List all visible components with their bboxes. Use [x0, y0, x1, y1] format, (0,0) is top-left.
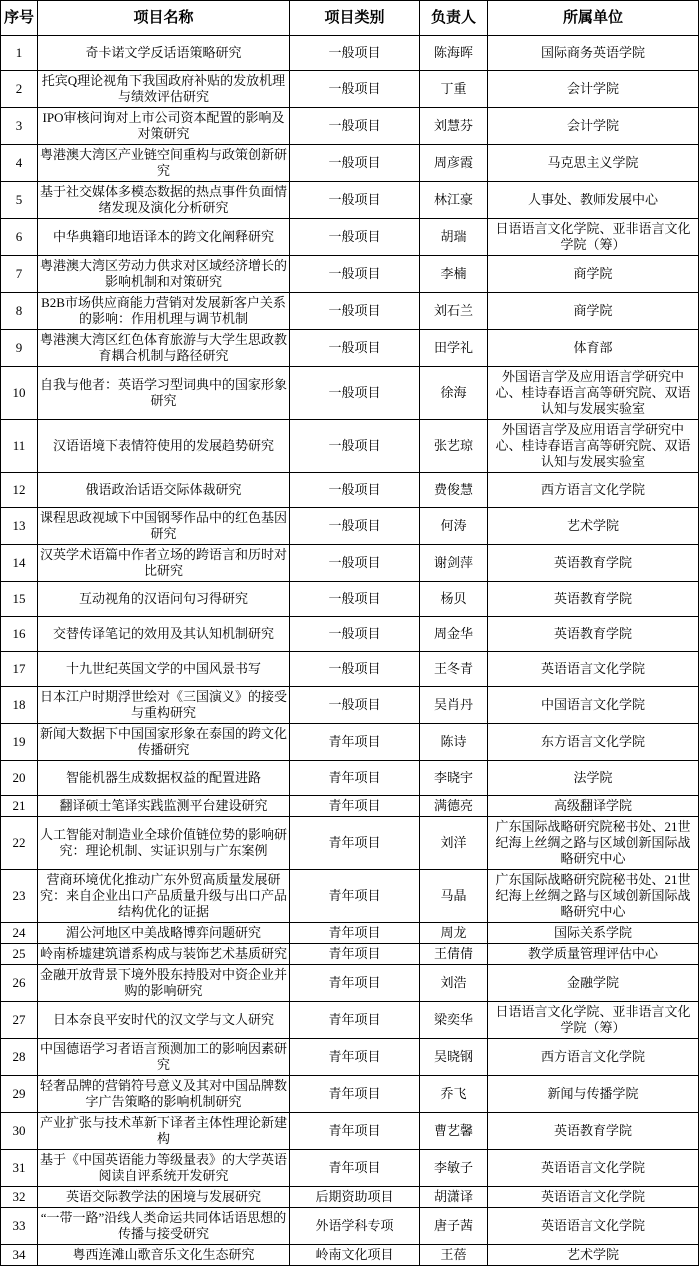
- project-title-cell: 营商环境优化推动广东外贸高质量发展研究：来自企业出口产品质量升级与出口产品结构优…: [38, 870, 290, 923]
- header-cell-unit: 所属单位: [488, 1, 699, 36]
- project-title-cell: 粤港澳大湾区红色体育旅游与大学生思政教育耦合机制与路径研究: [38, 330, 290, 367]
- leader-cell: 梁奕华: [420, 1002, 488, 1039]
- row-number-cell: 11: [1, 420, 38, 473]
- leader-cell: 刘洋: [420, 817, 488, 870]
- row-number-cell: 23: [1, 870, 38, 923]
- leader-cell: 陈海晖: [420, 36, 488, 71]
- leader-cell: 乔飞: [420, 1076, 488, 1113]
- row-number-cell: 4: [1, 145, 38, 182]
- header-cell-no: 序号: [1, 1, 38, 36]
- row-number-cell: 9: [1, 330, 38, 367]
- leader-cell: 杨贝: [420, 582, 488, 617]
- leader-cell: 刘浩: [420, 965, 488, 1002]
- table-row: 9粤港澳大湾区红色体育旅游与大学生思政教育耦合机制与路径研究一般项目田学礼体育部: [1, 330, 699, 367]
- table-row: 14汉英学术语篇中作者立场的跨语言和历时对比研究一般项目谢剑萍英语教育学院: [1, 545, 699, 582]
- project-category-cell: 一般项目: [290, 420, 420, 473]
- project-title-cell: 粤西连滩山歌音乐文化生态研究: [38, 1245, 290, 1266]
- project-title-cell: 日本江户时期浮世绘对《三国演义》的接受与重构研究: [38, 687, 290, 724]
- row-number-cell: 29: [1, 1076, 38, 1113]
- leader-cell: 吴肖丹: [420, 687, 488, 724]
- unit-cell: 英语教育学院: [488, 545, 699, 582]
- table-row: 30产业扩张与技术革新下译者主体性理论新建构青年项目曹艺馨英语教育学院: [1, 1113, 699, 1150]
- project-title-cell: 粤港澳大湾区产业链空间重构与政策创新研究: [38, 145, 290, 182]
- row-number-cell: 31: [1, 1150, 38, 1187]
- row-number-cell: 5: [1, 182, 38, 219]
- table-row: 25岭南桥墟建筑谱系构成与装饰艺术基质研究青年项目王倩倩教学质量管理评估中心: [1, 944, 699, 965]
- table-row: 16交替传译笔记的效用及其认知机制研究一般项目周金华英语教育学院: [1, 617, 699, 652]
- project-category-cell: 后期资助项目: [290, 1187, 420, 1208]
- unit-cell: 英语语言文化学院: [488, 652, 699, 687]
- leader-cell: 周金华: [420, 617, 488, 652]
- leader-cell: 张艺琼: [420, 420, 488, 473]
- leader-cell: 胡瑞: [420, 219, 488, 256]
- project-category-cell: 一般项目: [290, 256, 420, 293]
- project-title-cell: 金融开放背景下境外股东持股对中资企业并购的影响研究: [38, 965, 290, 1002]
- header-cell-title: 项目名称: [38, 1, 290, 36]
- project-category-cell: 一般项目: [290, 293, 420, 330]
- unit-cell: 体育部: [488, 330, 699, 367]
- project-category-cell: 青年项目: [290, 724, 420, 761]
- unit-cell: 英语语言文化学院: [488, 1187, 699, 1208]
- unit-cell: 外国语言学及应用语言学研究中心、桂诗春语言高等研究院、双语认知与发展实验室: [488, 367, 699, 420]
- table-row: 27日本奈良平安时代的汉文学与文人研究青年项目梁奕华日语语言文化学院、亚非语言文…: [1, 1002, 699, 1039]
- project-list-table: 序号 项目名称 项目类别 负责人 所属单位 1奇卡诺文学反话语策略研究一般项目陈…: [0, 0, 699, 1266]
- leader-cell: 林江豪: [420, 182, 488, 219]
- project-title-cell: 基于《中国英语能力等级量表》的大学英语阅读自评系统开发研究: [38, 1150, 290, 1187]
- table-row: 4粤港澳大湾区产业链空间重构与政策创新研究一般项目周彦霞马克思主义学院: [1, 145, 699, 182]
- unit-cell: 会计学院: [488, 71, 699, 108]
- leader-cell: 周彦霞: [420, 145, 488, 182]
- project-category-cell: 青年项目: [290, 1113, 420, 1150]
- table-row: 26金融开放背景下境外股东持股对中资企业并购的影响研究青年项目刘浩金融学院: [1, 965, 699, 1002]
- table-header: 序号 项目名称 项目类别 负责人 所属单位: [1, 1, 699, 36]
- row-number-cell: 28: [1, 1039, 38, 1076]
- project-title-cell: B2B市场供应商能力营销对发展新客户关系的影响：作用机理与调节机制: [38, 293, 290, 330]
- project-title-cell: 轻奢品牌的营销符号意义及其对中国品牌数字广告策略的影响机制研究: [38, 1076, 290, 1113]
- project-title-cell: 日本奈良平安时代的汉文学与文人研究: [38, 1002, 290, 1039]
- unit-cell: 广东国际战略研究院秘书处、21世纪海上丝绸之路与区域创新国际战略研究中心: [488, 817, 699, 870]
- project-category-cell: 一般项目: [290, 36, 420, 71]
- project-category-cell: 一般项目: [290, 582, 420, 617]
- unit-cell: 艺术学院: [488, 508, 699, 545]
- leader-cell: 曹艺馨: [420, 1113, 488, 1150]
- header-cell-category: 项目类别: [290, 1, 420, 36]
- row-number-cell: 17: [1, 652, 38, 687]
- project-title-cell: 俄语政治话语交际体裁研究: [38, 473, 290, 508]
- leader-cell: 马晶: [420, 870, 488, 923]
- row-number-cell: 24: [1, 923, 38, 944]
- leader-cell: 李晓宇: [420, 761, 488, 796]
- project-title-cell: 自我与他者：英语学习型词典中的国家形象研究: [38, 367, 290, 420]
- table-row: 22人工智能对制造业全球价值链位势的影响研究：理论机制、实证识别与广东案例青年项…: [1, 817, 699, 870]
- leader-cell: 吴晓钢: [420, 1039, 488, 1076]
- leader-cell: 李楠: [420, 256, 488, 293]
- project-category-cell: 青年项目: [290, 761, 420, 796]
- leader-cell: 徐海: [420, 367, 488, 420]
- project-category-cell: 一般项目: [290, 687, 420, 724]
- unit-cell: 英语教育学院: [488, 617, 699, 652]
- row-number-cell: 14: [1, 545, 38, 582]
- unit-cell: 外国语言学及应用语言学研究中心、桂诗春语言高等研究院、双语认知与发展实验室: [488, 420, 699, 473]
- unit-cell: 日语语言文化学院、亚非语言文化学院（筹）: [488, 1002, 699, 1039]
- row-number-cell: 6: [1, 219, 38, 256]
- row-number-cell: 12: [1, 473, 38, 508]
- project-category-cell: 青年项目: [290, 870, 420, 923]
- unit-cell: 英语语言文化学院: [488, 1208, 699, 1245]
- row-number-cell: 10: [1, 367, 38, 420]
- project-category-cell: 青年项目: [290, 1150, 420, 1187]
- leader-cell: 胡潇译: [420, 1187, 488, 1208]
- table-row: 6中华典籍印地语译本的跨文化阐释研究一般项目胡瑞日语语言文化学院、亚非语言文化学…: [1, 219, 699, 256]
- project-category-cell: 青年项目: [290, 796, 420, 817]
- unit-cell: 新闻与传播学院: [488, 1076, 699, 1113]
- project-title-cell: 基于社交媒体多模态数据的热点事件负面情绪发现及演化分析研究: [38, 182, 290, 219]
- project-category-cell: 一般项目: [290, 145, 420, 182]
- project-category-cell: 一般项目: [290, 108, 420, 145]
- leader-cell: 费俊慧: [420, 473, 488, 508]
- unit-cell: 西方语言文化学院: [488, 1039, 699, 1076]
- row-number-cell: 20: [1, 761, 38, 796]
- project-title-cell: 翻译硕士笔译实践监测平台建设研究: [38, 796, 290, 817]
- unit-cell: 教学质量管理评估中心: [488, 944, 699, 965]
- table-row: 7粤港澳大湾区劳动力供求对区域经济增长的影响机制和对策研究一般项目李楠商学院: [1, 256, 699, 293]
- leader-cell: 刘慧芬: [420, 108, 488, 145]
- row-number-cell: 25: [1, 944, 38, 965]
- project-category-cell: 一般项目: [290, 330, 420, 367]
- table-row: 17十九世纪英国文学的中国风景书写一般项目王冬青英语语言文化学院: [1, 652, 699, 687]
- header-cell-leader: 负责人: [420, 1, 488, 36]
- leader-cell: 唐子茜: [420, 1208, 488, 1245]
- table-row: 33“一带一路”沿线人类命运共同体话语思想的传播与接受研究外语学科专项唐子茜英语…: [1, 1208, 699, 1245]
- project-category-cell: 一般项目: [290, 182, 420, 219]
- leader-cell: 王冬青: [420, 652, 488, 687]
- project-title-cell: 汉语语境下表情符使用的发展趋势研究: [38, 420, 290, 473]
- project-title-cell: 汉英学术语篇中作者立场的跨语言和历时对比研究: [38, 545, 290, 582]
- project-category-cell: 一般项目: [290, 545, 420, 582]
- project-category-cell: 一般项目: [290, 219, 420, 256]
- project-title-cell: 智能机器生成数据权益的配置进路: [38, 761, 290, 796]
- project-title-cell: 课程思政视域下中国钢琴作品中的红色基因研究: [38, 508, 290, 545]
- table-row: 29轻奢品牌的营销符号意义及其对中国品牌数字广告策略的影响机制研究青年项目乔飞新…: [1, 1076, 699, 1113]
- project-title-cell: 奇卡诺文学反话语策略研究: [38, 36, 290, 71]
- table-body: 1奇卡诺文学反话语策略研究一般项目陈海晖国际商务英语学院2托宾Q理论视角下我国政…: [1, 36, 699, 1266]
- leader-cell: 何涛: [420, 508, 488, 545]
- project-title-cell: 托宾Q理论视角下我国政府补贴的发放机理与绩效评估研究: [38, 71, 290, 108]
- project-title-cell: 中国德语学习者语言预测加工的影响因素研究: [38, 1039, 290, 1076]
- table-row: 11汉语语境下表情符使用的发展趋势研究一般项目张艺琼外国语言学及应用语言学研究中…: [1, 420, 699, 473]
- table-row: 21翻译硕士笔译实践监测平台建设研究青年项目满德亮高级翻译学院: [1, 796, 699, 817]
- row-number-cell: 7: [1, 256, 38, 293]
- table-row: 24湄公河地区中美战略博弈问题研究青年项目周龙国际关系学院: [1, 923, 699, 944]
- row-number-cell: 22: [1, 817, 38, 870]
- unit-cell: 西方语言文化学院: [488, 473, 699, 508]
- unit-cell: 英语教育学院: [488, 1113, 699, 1150]
- row-number-cell: 33: [1, 1208, 38, 1245]
- leader-cell: 谢剑萍: [420, 545, 488, 582]
- row-number-cell: 32: [1, 1187, 38, 1208]
- unit-cell: 马克思主义学院: [488, 145, 699, 182]
- project-category-cell: 青年项目: [290, 923, 420, 944]
- project-title-cell: 英语交际教学法的困境与发展研究: [38, 1187, 290, 1208]
- table-row: 18日本江户时期浮世绘对《三国演义》的接受与重构研究一般项目吴肖丹中国语言文化学…: [1, 687, 699, 724]
- project-title-cell: 人工智能对制造业全球价值链位势的影响研究：理论机制、实证识别与广东案例: [38, 817, 290, 870]
- unit-cell: 国际商务英语学院: [488, 36, 699, 71]
- table-row: 2托宾Q理论视角下我国政府补贴的发放机理与绩效评估研究一般项目丁重会计学院: [1, 71, 699, 108]
- project-category-cell: 一般项目: [290, 367, 420, 420]
- page: 序号 项目名称 项目类别 负责人 所属单位 1奇卡诺文学反话语策略研究一般项目陈…: [0, 0, 700, 1266]
- unit-cell: 英语教育学院: [488, 582, 699, 617]
- row-number-cell: 30: [1, 1113, 38, 1150]
- unit-cell: 商学院: [488, 256, 699, 293]
- unit-cell: 高级翻译学院: [488, 796, 699, 817]
- table-row: 5基于社交媒体多模态数据的热点事件负面情绪发现及演化分析研究一般项目林江豪人事处…: [1, 182, 699, 219]
- unit-cell: 人事处、教师发展中心: [488, 182, 699, 219]
- project-category-cell: 外语学科专项: [290, 1208, 420, 1245]
- table-row: 1奇卡诺文学反话语策略研究一般项目陈海晖国际商务英语学院: [1, 36, 699, 71]
- project-title-cell: 交替传译笔记的效用及其认知机制研究: [38, 617, 290, 652]
- project-title-cell: 新闻大数据下中国国家形象在泰国的跨文化传播研究: [38, 724, 290, 761]
- project-category-cell: 青年项目: [290, 944, 420, 965]
- project-title-cell: 湄公河地区中美战略博弈问题研究: [38, 923, 290, 944]
- project-title-cell: 岭南桥墟建筑谱系构成与装饰艺术基质研究: [38, 944, 290, 965]
- unit-cell: 东方语言文化学院: [488, 724, 699, 761]
- leader-cell: 李敏子: [420, 1150, 488, 1187]
- table-row: 8B2B市场供应商能力营销对发展新客户关系的影响：作用机理与调节机制一般项目刘石…: [1, 293, 699, 330]
- project-title-cell: 中华典籍印地语译本的跨文化阐释研究: [38, 219, 290, 256]
- leader-cell: 王蓓: [420, 1245, 488, 1266]
- unit-cell: 法学院: [488, 761, 699, 796]
- project-category-cell: 一般项目: [290, 473, 420, 508]
- row-number-cell: 3: [1, 108, 38, 145]
- table-row: 13课程思政视域下中国钢琴作品中的红色基因研究一般项目何涛艺术学院: [1, 508, 699, 545]
- table-row: 32英语交际教学法的困境与发展研究后期资助项目胡潇译英语语言文化学院: [1, 1187, 699, 1208]
- table-row: 19新闻大数据下中国国家形象在泰国的跨文化传播研究青年项目陈诗东方语言文化学院: [1, 724, 699, 761]
- table-header-row: 序号 项目名称 项目类别 负责人 所属单位: [1, 1, 699, 36]
- row-number-cell: 27: [1, 1002, 38, 1039]
- leader-cell: 周龙: [420, 923, 488, 944]
- leader-cell: 陈诗: [420, 724, 488, 761]
- project-category-cell: 青年项目: [290, 965, 420, 1002]
- project-category-cell: 一般项目: [290, 617, 420, 652]
- table-row: 31基于《中国英语能力等级量表》的大学英语阅读自评系统开发研究青年项目李敏子英语…: [1, 1150, 699, 1187]
- table-row: 20智能机器生成数据权益的配置进路青年项目李晓宇法学院: [1, 761, 699, 796]
- row-number-cell: 18: [1, 687, 38, 724]
- table-row: 12俄语政治话语交际体裁研究一般项目费俊慧西方语言文化学院: [1, 473, 699, 508]
- row-number-cell: 8: [1, 293, 38, 330]
- table-row: 3IPO审核问询对上市公司资本配置的影响及对策研究一般项目刘慧芬会计学院: [1, 108, 699, 145]
- table-row: 23营商环境优化推动广东外贸高质量发展研究：来自企业出口产品质量升级与出口产品结…: [1, 870, 699, 923]
- leader-cell: 刘石兰: [420, 293, 488, 330]
- row-number-cell: 34: [1, 1245, 38, 1266]
- unit-cell: 商学院: [488, 293, 699, 330]
- project-category-cell: 青年项目: [290, 1039, 420, 1076]
- project-category-cell: 岭南文化项目: [290, 1245, 420, 1266]
- project-category-cell: 一般项目: [290, 652, 420, 687]
- project-title-cell: 十九世纪英国文学的中国风景书写: [38, 652, 290, 687]
- row-number-cell: 26: [1, 965, 38, 1002]
- row-number-cell: 21: [1, 796, 38, 817]
- leader-cell: 满德亮: [420, 796, 488, 817]
- leader-cell: 丁重: [420, 71, 488, 108]
- project-title-cell: 产业扩张与技术革新下译者主体性理论新建构: [38, 1113, 290, 1150]
- unit-cell: 广东国际战略研究院秘书处、21世纪海上丝绸之路与区域创新国际战略研究中心: [488, 870, 699, 923]
- row-number-cell: 19: [1, 724, 38, 761]
- project-category-cell: 青年项目: [290, 817, 420, 870]
- row-number-cell: 1: [1, 36, 38, 71]
- leader-cell: 王倩倩: [420, 944, 488, 965]
- row-number-cell: 2: [1, 71, 38, 108]
- project-title-cell: 粤港澳大湾区劳动力供求对区域经济增长的影响机制和对策研究: [38, 256, 290, 293]
- unit-cell: 会计学院: [488, 108, 699, 145]
- unit-cell: 中国语言文化学院: [488, 687, 699, 724]
- table-row: 10自我与他者：英语学习型词典中的国家形象研究一般项目徐海外国语言学及应用语言学…: [1, 367, 699, 420]
- project-category-cell: 青年项目: [290, 1002, 420, 1039]
- table-row: 34粤西连滩山歌音乐文化生态研究岭南文化项目王蓓艺术学院: [1, 1245, 699, 1266]
- unit-cell: 金融学院: [488, 965, 699, 1002]
- table-row: 15互动视角的汉语问句习得研究一般项目杨贝英语教育学院: [1, 582, 699, 617]
- row-number-cell: 15: [1, 582, 38, 617]
- row-number-cell: 16: [1, 617, 38, 652]
- project-title-cell: 互动视角的汉语问句习得研究: [38, 582, 290, 617]
- row-number-cell: 13: [1, 508, 38, 545]
- table-row: 28中国德语学习者语言预测加工的影响因素研究青年项目吴晓钢西方语言文化学院: [1, 1039, 699, 1076]
- project-category-cell: 一般项目: [290, 71, 420, 108]
- unit-cell: 国际关系学院: [488, 923, 699, 944]
- project-title-cell: “一带一路”沿线人类命运共同体话语思想的传播与接受研究: [38, 1208, 290, 1245]
- leader-cell: 田学礼: [420, 330, 488, 367]
- unit-cell: 艺术学院: [488, 1245, 699, 1266]
- project-title-cell: IPO审核问询对上市公司资本配置的影响及对策研究: [38, 108, 290, 145]
- project-category-cell: 一般项目: [290, 508, 420, 545]
- project-category-cell: 青年项目: [290, 1076, 420, 1113]
- unit-cell: 日语语言文化学院、亚非语言文化学院（筹）: [488, 219, 699, 256]
- unit-cell: 英语语言文化学院: [488, 1150, 699, 1187]
